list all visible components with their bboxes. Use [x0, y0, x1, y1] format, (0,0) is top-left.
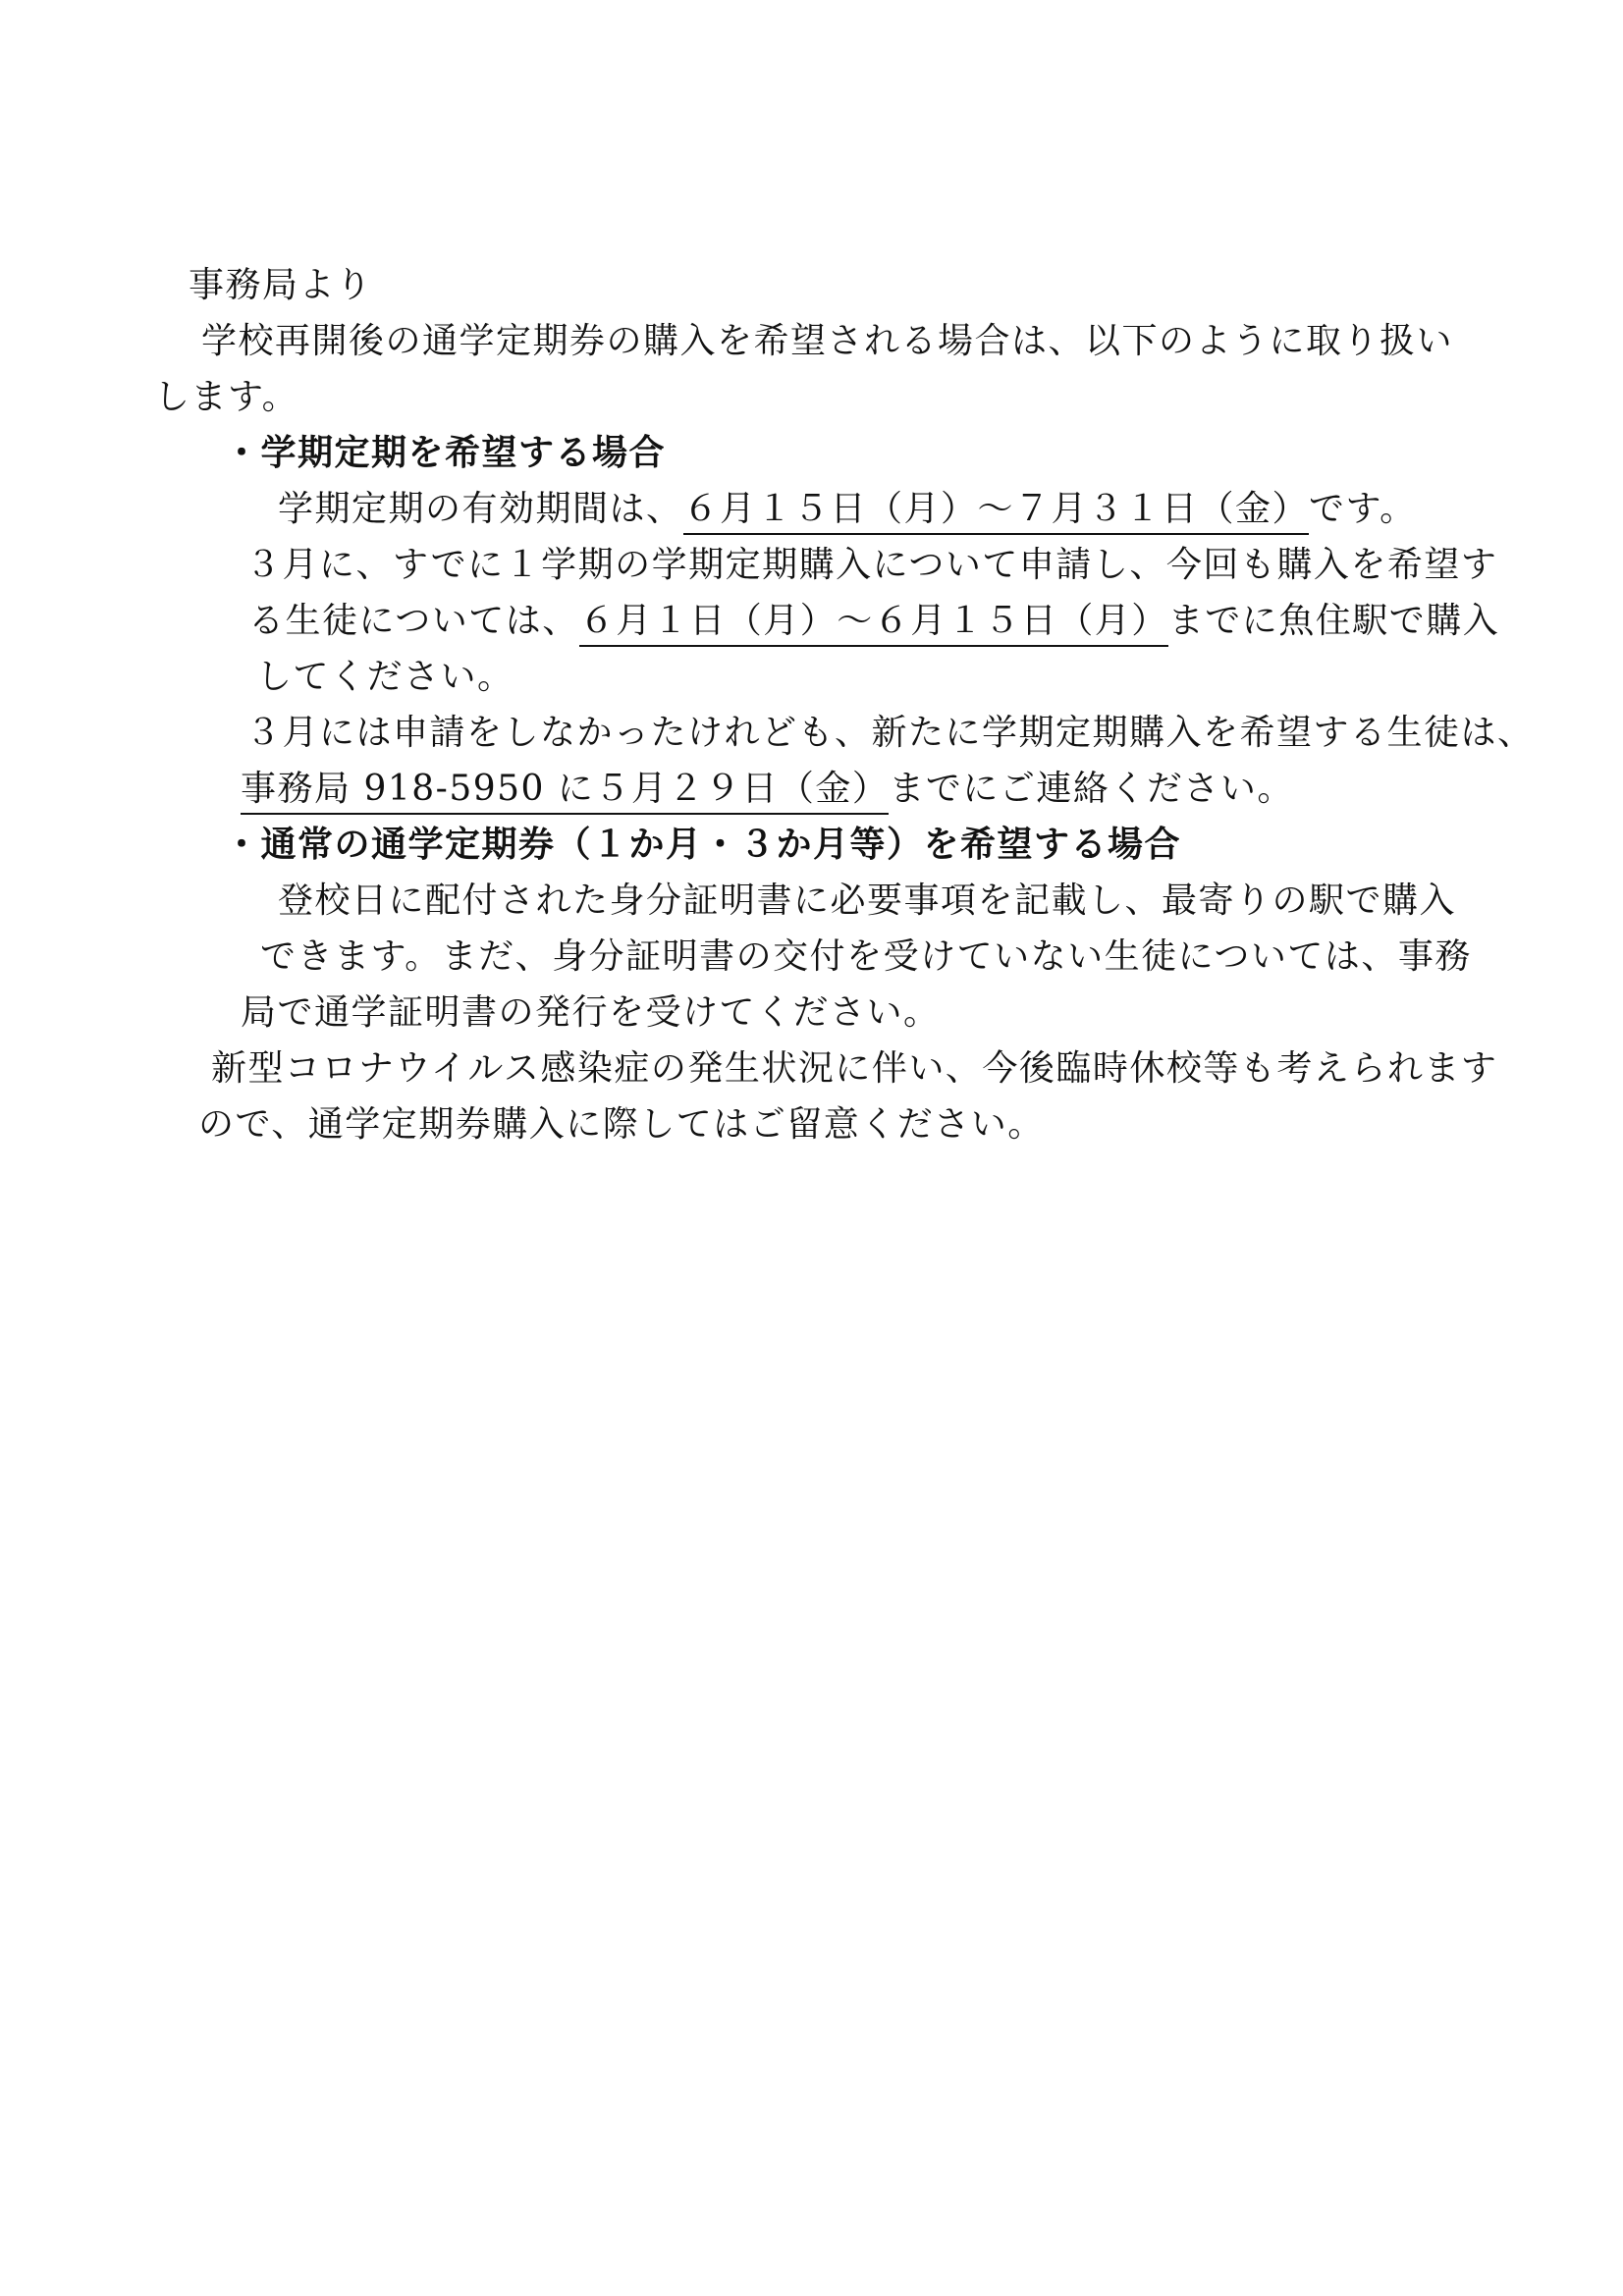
- applied-text-1: ３月に、すでに１学期の学期定期購入について申請し、今回も購入を希望す: [245, 545, 1497, 585]
- heading-semester-pass: ・学期定期を希望する場合: [224, 425, 1499, 481]
- normal-text-2: できます。まだ、身分証明書の交付を受けていない生徒については、事務: [260, 936, 1472, 977]
- validity-post: です。: [1309, 489, 1417, 529]
- new-applicant-text-1: ３月には申請をしなかったけれども、新たに学期定期購入を希望する生徒は、: [245, 713, 1535, 753]
- sender-line: 事務局より: [189, 257, 1499, 313]
- applied-post: までに魚住駅で購入: [1168, 601, 1500, 641]
- covid-note-line-2: ので、通学定期券購入に際してはご留意ください。: [198, 1096, 1499, 1152]
- heading-semester-text: ・学期定期を希望する場合: [224, 432, 666, 473]
- applied-text-3: してください。: [256, 657, 514, 697]
- heading-normal-text: ・通常の通学定期券（１か月・３か月等）を希望する場合: [224, 824, 1181, 865]
- normal-pass-line-1: 登校日に配付された身分証明書に必要事項を記載し、最寄りの駅で購入: [278, 873, 1499, 929]
- intro-line-1: 学校再開後の通学定期券の購入を希望される場合は、以下のように取り扱い: [201, 313, 1499, 369]
- applied-underlined-dates: ６月１日（月）～６月１５日（月）: [579, 601, 1168, 647]
- semester-applied-line-1: ３月に、すでに１学期の学期定期購入について申請し、今回も購入を希望す: [245, 537, 1499, 593]
- applied-pre: る生徒については、: [248, 601, 579, 641]
- intro-text-2: します。: [154, 377, 298, 417]
- semester-new-line-2: 事務局 918-5950 に５月２９日（金）までにご連絡ください。: [241, 761, 1499, 817]
- covid-note-line-1: 新型コロナウイルス感染症の発生状況に伴い、今後臨時休校等も考えられます: [211, 1041, 1499, 1096]
- document-page: 事務局より 学校再開後の通学定期券の購入を希望される場合は、以下のように取り扱い…: [0, 0, 1623, 2296]
- intro-text-1: 学校再開後の通学定期券の購入を希望される場合は、以下のように取り扱い: [201, 321, 1453, 361]
- notice-body: 事務局より 学校再開後の通学定期券の購入を希望される場合は、以下のように取り扱い…: [154, 257, 1499, 1152]
- heading-normal-pass: ・通常の通学定期券（１か月・３か月等）を希望する場合: [224, 817, 1499, 873]
- normal-text-3: 局で通学証明書の発行を受けてください。: [241, 992, 941, 1033]
- covid-text-1: 新型コロナウイルス感染症の発生状況に伴い、今後臨時休校等も考えられます: [211, 1048, 1497, 1089]
- intro-line-2: します。: [154, 369, 1499, 425]
- validity-pre: 学期定期の有効期間は、: [278, 489, 683, 529]
- semester-new-line-1: ３月には申請をしなかったけれども、新たに学期定期購入を希望する生徒は、: [245, 705, 1499, 761]
- semester-applied-line-2: る生徒については、６月１日（月）～６月１５日（月）までに魚住駅で購入: [248, 593, 1499, 649]
- validity-underlined-dates: ６月１５日（月）～７月３１日（金）: [683, 489, 1310, 535]
- normal-pass-line-2: できます。まだ、身分証明書の交付を受けていない生徒については、事務: [260, 929, 1499, 985]
- sender-text: 事務局より: [189, 265, 373, 305]
- normal-text-1: 登校日に配付された身分証明書に必要事項を記載し、最寄りの駅で購入: [278, 881, 1456, 921]
- contact-post: までにご連絡ください。: [889, 769, 1294, 809]
- contact-underlined-info: 事務局 918-5950 に５月２９日（金）: [241, 769, 889, 815]
- semester-applied-line-3: してください。: [256, 649, 1499, 705]
- normal-pass-line-3: 局で通学証明書の発行を受けてください。: [241, 985, 1499, 1041]
- covid-text-2: ので、通学定期券購入に際してはご留意ください。: [198, 1104, 1045, 1145]
- semester-validity-line: 学期定期の有効期間は、６月１５日（月）～７月３１日（金）です。: [278, 481, 1499, 537]
